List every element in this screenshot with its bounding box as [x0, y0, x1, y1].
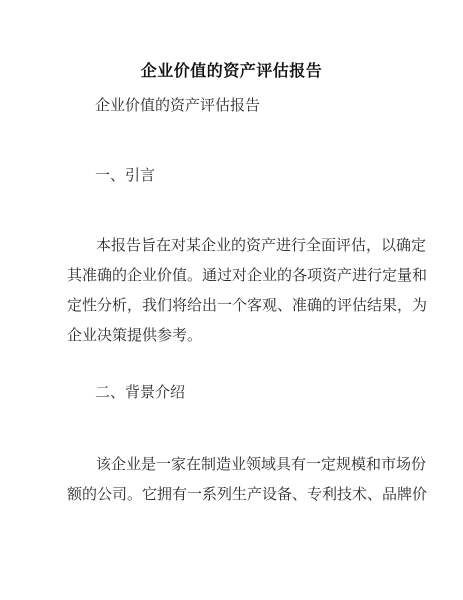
section-paragraph-background: 该企业是一家在制造业领域具有一定规模和市场份 额的公司。它拥有一系列生产设备、专… [67, 449, 397, 509]
document-title: 企业价值的资产评估报告 [0, 60, 463, 82]
section-paragraph-introduction: 本报告旨在对某企业的资产进行全面评估，以确定 其准确的企业价值。通过对企业的各项… [67, 230, 397, 350]
document-subtitle: 企业价值的资产评估报告 [95, 95, 260, 115]
section-heading-introduction: 一、引言 [95, 165, 155, 185]
paragraph-line: 其准确的企业价值。通过对企业的各项资产进行定量和 [67, 260, 397, 290]
paragraph-line: 该企业是一家在制造业领域具有一定规模和市场份 [67, 449, 397, 479]
paragraph-line: 本报告旨在对某企业的资产进行全面评估，以确定 [67, 230, 397, 260]
paragraph-line: 定性分析，我们将给出一个客观、准确的评估结果，为 [67, 290, 397, 320]
paragraph-line: 企业决策提供参考。 [67, 320, 397, 350]
document-page: 企业价值的资产评估报告 企业价值的资产评估报告 一、引言 本报告旨在对某企业的资… [0, 0, 463, 600]
paragraph-line: 额的公司。它拥有一系列生产设备、专利技术、品牌价 [67, 479, 397, 509]
section-heading-background: 二、背景介绍 [95, 382, 185, 402]
